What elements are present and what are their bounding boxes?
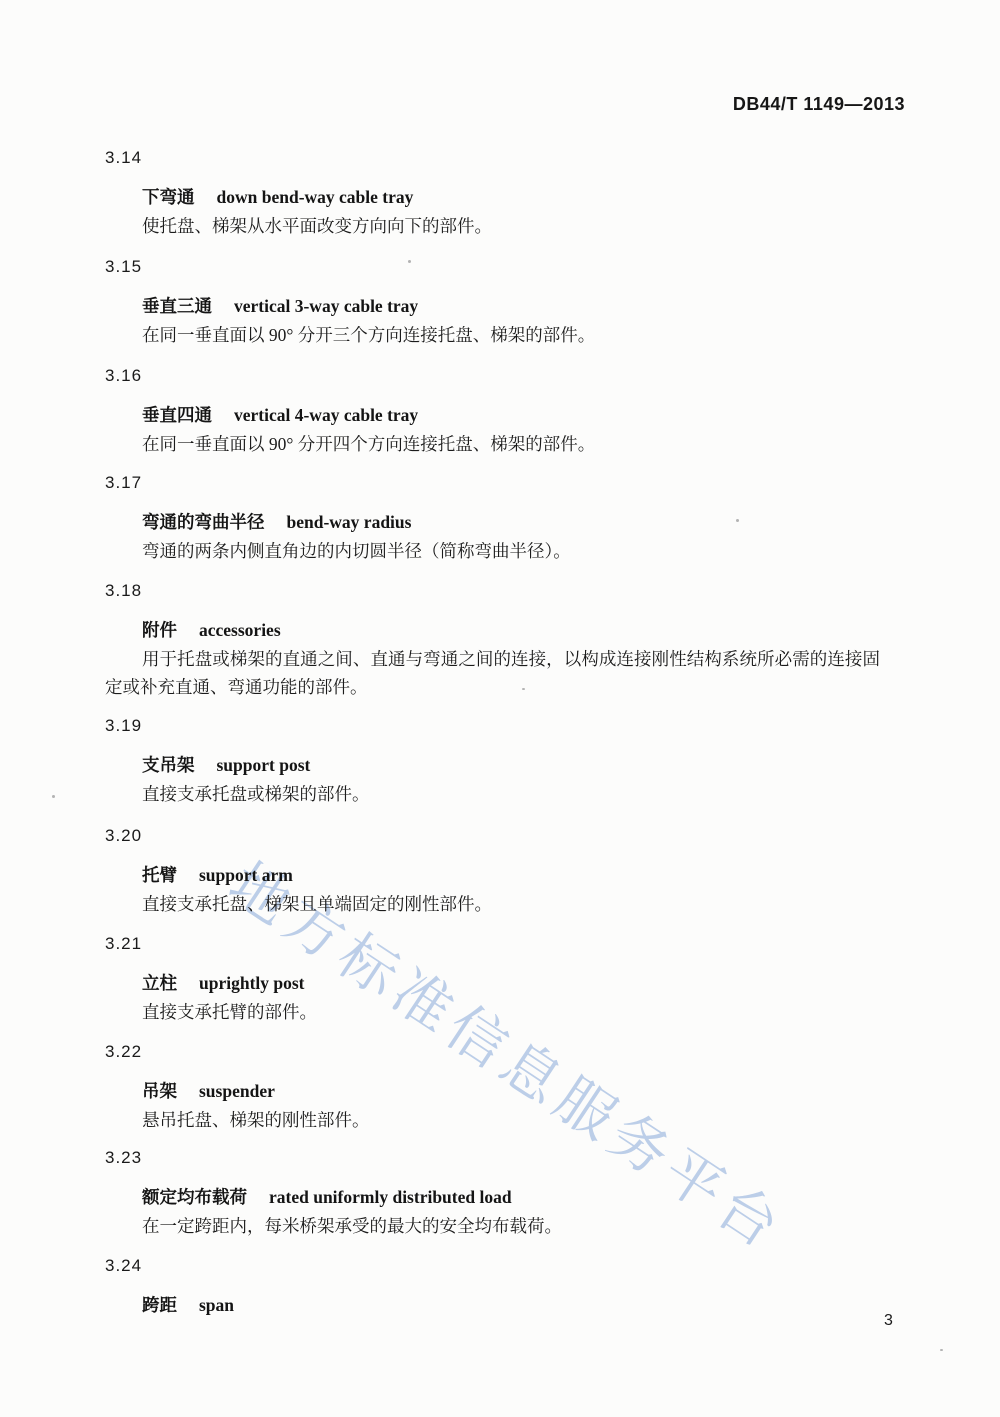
scan-speck (736, 519, 739, 522)
clause-number: 3.18 (105, 581, 142, 601)
term-line: 吊架 suspender (142, 1080, 275, 1104)
scan-speck (522, 688, 525, 690)
term-chinese: 垂直三通 (142, 296, 212, 316)
definition-text: 直接支承托盘或梯架的部件。 (105, 780, 880, 808)
term-line: 跨距 span (142, 1294, 234, 1318)
term-english: down bend-way cable tray (217, 187, 414, 207)
term-chinese: 跨距 (142, 1295, 177, 1315)
term-line: 额定均布载荷 rated uniformly distributed load (142, 1186, 512, 1210)
term-chinese: 立柱 (142, 973, 177, 993)
term-english: bend-way radius (287, 512, 412, 532)
term-line: 立柱 uprightly post (142, 972, 305, 996)
term-chinese: 托臂 (142, 865, 177, 885)
scan-speck (408, 260, 411, 263)
term-chinese: 弯通的弯曲半径 (142, 512, 265, 532)
term-line: 附件 accessories (142, 619, 281, 643)
term-english: suspender (199, 1081, 275, 1101)
scan-speck (940, 1349, 943, 1351)
term-line: 支吊架 support post (142, 754, 310, 778)
term-english: accessories (199, 620, 281, 640)
term-chinese: 额定均布载荷 (142, 1187, 247, 1207)
term-english: support arm (199, 865, 293, 885)
definition-text: 悬吊托盘、梯架的刚性部件。 (105, 1106, 880, 1134)
term-line: 托臂 support arm (142, 864, 293, 888)
definition-text: 弯通的两条内侧直角边的内切圆半径（简称弯曲半径）。 (105, 537, 880, 565)
scan-speck (52, 795, 55, 798)
clause-number: 3.15 (105, 257, 142, 277)
term-english: uprightly post (199, 973, 305, 993)
term-line: 弯通的弯曲半径 bend-way radius (142, 511, 411, 535)
clause-number: 3.21 (105, 934, 142, 954)
clause-number: 3.17 (105, 473, 142, 493)
clause-number: 3.20 (105, 826, 142, 846)
clause-number: 3.16 (105, 366, 142, 386)
document-page: DB44/T 1149—2013 地方标准信息服务平台 3.14 下弯通 dow… (0, 0, 1000, 1417)
term-chinese: 吊架 (142, 1081, 177, 1101)
definition-text: 在同一垂直面以 90° 分开四个方向连接托盘、梯架的部件。 (105, 430, 880, 458)
term-chinese: 垂直四通 (142, 405, 212, 425)
clause-number: 3.14 (105, 148, 142, 168)
clause-number: 3.22 (105, 1042, 142, 1062)
clause-number: 3.23 (105, 1148, 142, 1168)
term-line: 下弯通 down bend-way cable tray (142, 186, 413, 210)
term-english: vertical 3-way cable tray (234, 296, 418, 316)
term-chinese: 附件 (142, 620, 177, 640)
term-chinese: 支吊架 (142, 755, 195, 775)
definition-text: 直接支承托臂的部件。 (105, 998, 880, 1026)
definition-text: 用于托盘或梯架的直通之间、直通与弯通之间的连接，以构成连接刚性结构系统所必需的连… (105, 645, 880, 701)
term-english: support post (217, 755, 311, 775)
term-english: rated uniformly distributed load (269, 1187, 512, 1207)
term-english: vertical 4-way cable tray (234, 405, 418, 425)
term-line: 垂直三通 vertical 3-way cable tray (142, 295, 418, 319)
doc-code-header: DB44/T 1149—2013 (733, 94, 905, 115)
clause-number: 3.19 (105, 716, 142, 736)
definition-text: 在一定跨距内，每米桥架承受的最大的安全均布载荷。 (105, 1212, 880, 1240)
definition-text: 直接支承托盘、梯架且单端固定的刚性部件。 (105, 890, 880, 918)
definition-text: 在同一垂直面以 90° 分开三个方向连接托盘、梯架的部件。 (105, 321, 880, 349)
page-number: 3 (884, 1312, 893, 1330)
term-chinese: 下弯通 (142, 187, 195, 207)
clause-number: 3.24 (105, 1256, 142, 1276)
term-english: span (199, 1295, 234, 1315)
definition-text: 使托盘、梯架从水平面改变方向向下的部件。 (105, 212, 880, 240)
term-line: 垂直四通 vertical 4-way cable tray (142, 404, 418, 428)
